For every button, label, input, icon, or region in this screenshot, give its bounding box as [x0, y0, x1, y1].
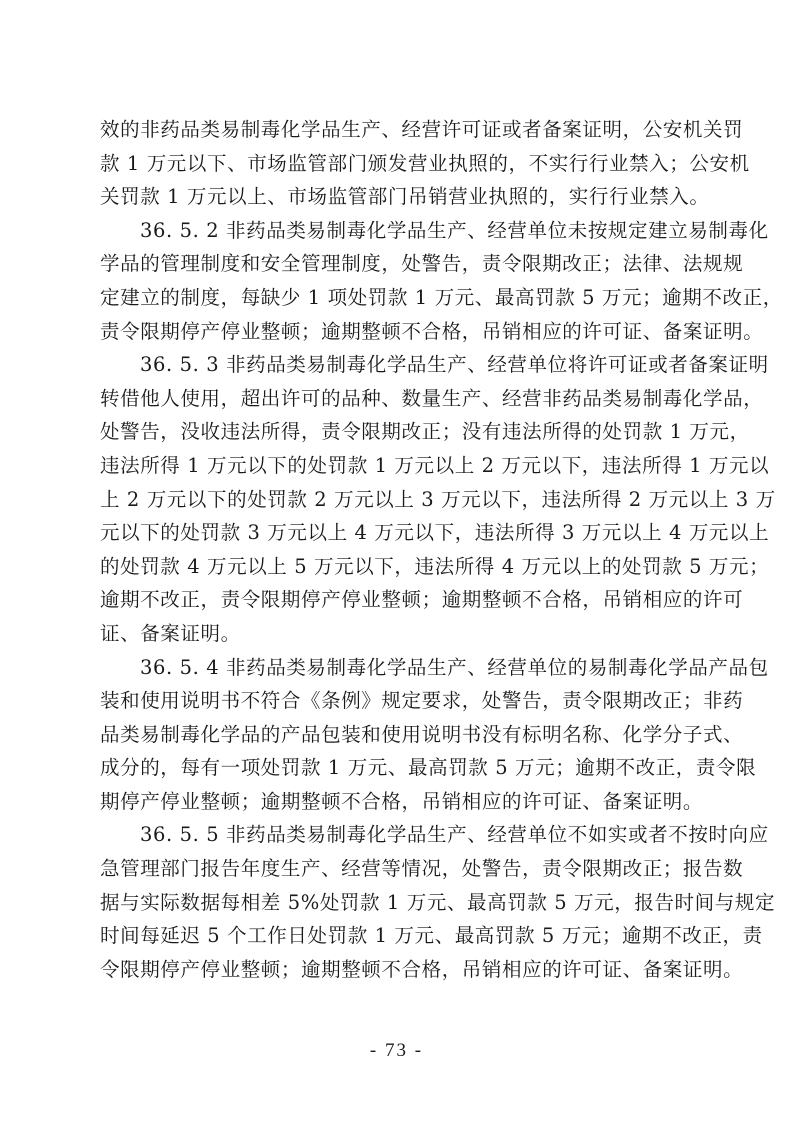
text-line: 急管理部门报告年度生产、经营等情况，处警告，责令限期改正；报告数 — [100, 852, 690, 886]
text-line: 元以下的处罚款 3 万元以上 4 万元以下，违法所得 3 万元以上 4 万元以上 — [100, 516, 690, 550]
text-line: 处警告，没收违法所得，责令限期改正；没有违法所得的处罚款 1 万元， — [100, 415, 690, 449]
paragraph-36-5-3: 36. 5. 3 非药品类易制毒化学品生产、经营单位将许可证或者备案证明 转借他… — [100, 348, 690, 650]
text-line: 违法所得 1 万元以下的处罚款 1 万元以上 2 万元以下，违法所得 1 万元以 — [100, 449, 690, 483]
text-line: 逾期不改正，责令限期停产停业整顿；逾期整顿不合格，吊销相应的许可 — [100, 583, 690, 617]
text-line: 的处罚款 4 万元以上 5 万元以下，违法所得 4 万元以上的处罚款 5 万元； — [100, 550, 690, 584]
text-line: 品类易制毒化学品的产品包装和使用说明书没有标明名称、化学分子式、 — [100, 718, 690, 752]
text-line: 证、备案证明。 — [100, 617, 690, 651]
text-line: 令限期停产停业整顿；逾期整顿不合格，吊销相应的许可证、备案证明。 — [100, 953, 690, 987]
text-line: 责令限期停产停业整顿；逾期整顿不合格，吊销相应的许可证、备案证明。 — [100, 315, 690, 349]
text-line: 36. 5. 5 非药品类易制毒化学品生产、经营单位不如实或者不按时向应 — [100, 818, 690, 852]
text-line: 学品的管理制度和安全管理制度，处警告，责令限期改正；法律、法规规 — [100, 247, 690, 281]
text-line: 时间每延迟 5 个工作日处罚款 1 万元、最高罚款 5 万元；逾期不改正，责 — [100, 919, 690, 953]
text-line: 装和使用说明书不符合《条例》规定要求，处警告，责令限期改正；非药 — [100, 684, 690, 718]
text-line: 成分的，每有一项处罚款 1 万元、最高罚款 5 万元；逾期不改正，责令限 — [100, 751, 690, 785]
paragraph-36-5-5: 36. 5. 5 非药品类易制毒化学品生产、经营单位不如实或者不按时向应 急管理… — [100, 818, 690, 986]
text-line: 36. 5. 4 非药品类易制毒化学品生产、经营单位的易制毒化学品产品包 — [100, 651, 690, 685]
text-line: 款 1 万元以下、市场监管部门颁发营业执照的，不实行行业禁入；公安机 — [100, 147, 690, 181]
text-line: 据与实际数据每相差 5%处罚款 1 万元、最高罚款 5 万元，报告时间与规定 — [100, 886, 690, 920]
text-line: 期停产停业整顿；逾期整顿不合格，吊销相应的许可证、备案证明。 — [100, 785, 690, 819]
document-page: 效的非药品类易制毒化学品生产、经营许可证或者备案证明，公安机关罚 款 1 万元以… — [100, 113, 690, 986]
text-line: 36. 5. 3 非药品类易制毒化学品生产、经营单位将许可证或者备案证明 — [100, 348, 690, 382]
text-line: 定建立的制度，每缺少 1 项处罚款 1 万元、最高罚款 5 万元；逾期不改正， — [100, 281, 690, 315]
paragraph-36-5-2: 36. 5. 2 非药品类易制毒化学品生产、经营单位未按规定建立易制毒化 学品的… — [100, 214, 690, 348]
text-line: 上 2 万元以下的处罚款 2 万元以上 3 万元以下，违法所得 2 万元以上 3… — [100, 483, 690, 517]
text-line: 36. 5. 2 非药品类易制毒化学品生产、经营单位未按规定建立易制毒化 — [100, 214, 690, 248]
page-number: - 73 - — [0, 1040, 793, 1062]
text-line: 关罚款 1 万元以上、市场监管部门吊销营业执照的，实行行业禁入。 — [100, 180, 690, 214]
text-line: 效的非药品类易制毒化学品生产、经营许可证或者备案证明，公安机关罚 — [100, 113, 690, 147]
text-line: 转借他人使用，超出许可的品种、数量生产、经营非药品类易制毒化学品， — [100, 382, 690, 416]
paragraph-36-5-4: 36. 5. 4 非药品类易制毒化学品生产、经营单位的易制毒化学品产品包 装和使… — [100, 651, 690, 819]
paragraph-continuation: 效的非药品类易制毒化学品生产、经营许可证或者备案证明，公安机关罚 款 1 万元以… — [100, 113, 690, 214]
